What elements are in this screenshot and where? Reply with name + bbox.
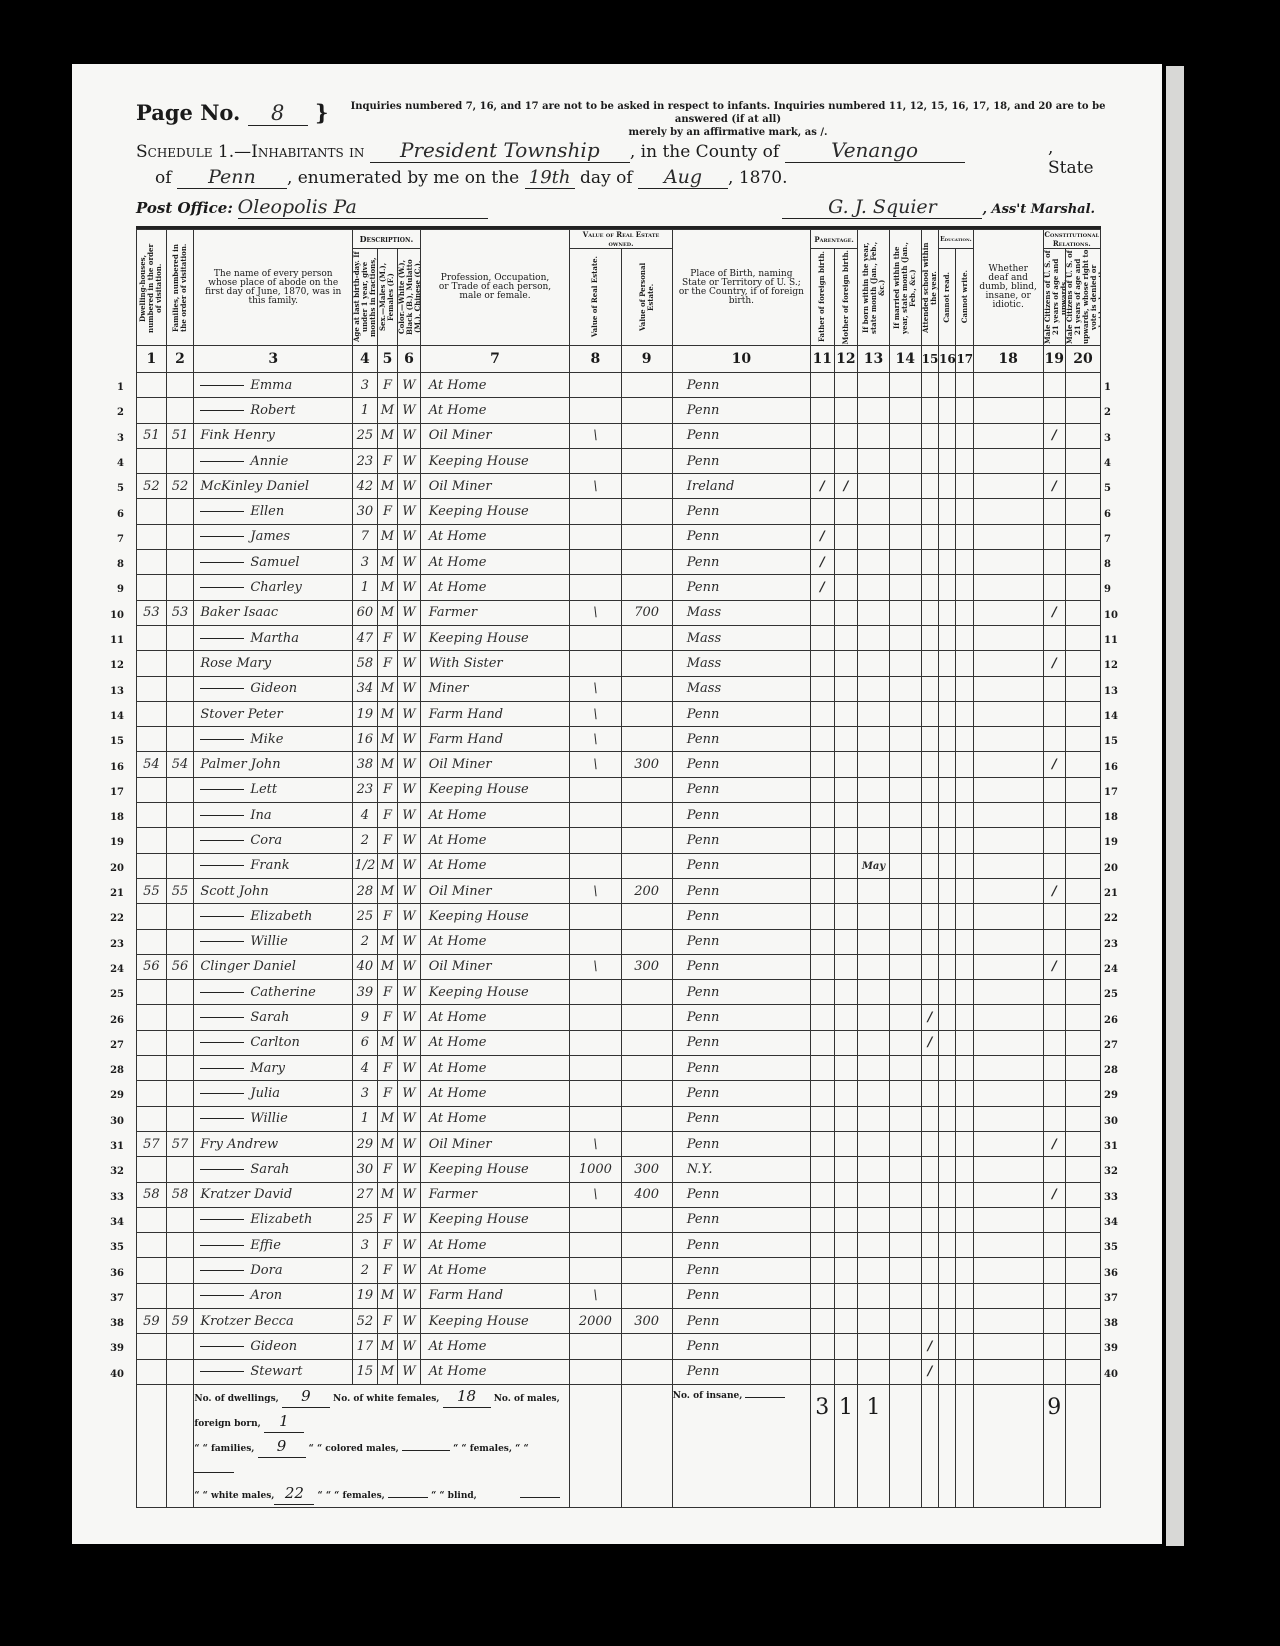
- page-number-value: 8: [248, 101, 308, 126]
- line-number-left: 36: [104, 1268, 124, 1279]
- ditto-dash: [200, 638, 244, 639]
- line-number-left: 31: [104, 1141, 124, 1152]
- male-citizen-mark: [1043, 373, 1066, 398]
- male-citizen-mark: /: [1043, 954, 1066, 979]
- male-citizen-mark: /: [1043, 752, 1066, 777]
- male-citizen-mark: /: [1043, 600, 1066, 625]
- month-field: Aug: [638, 166, 728, 189]
- birthplace: Penn: [672, 929, 810, 954]
- occupation: Farm Hand: [420, 701, 570, 726]
- birthplace: Penn: [672, 878, 810, 903]
- father-foreign-mark: [811, 777, 835, 802]
- disability: [973, 803, 1043, 828]
- line-number-left: 15: [104, 736, 124, 747]
- father-foreign-mark: [811, 499, 835, 524]
- col15-header: Attended school within the year.: [921, 230, 938, 346]
- vote-denied-mark: [1066, 625, 1101, 650]
- col11-header: Father of foreign birth.: [811, 249, 835, 346]
- personal-estate-value: [621, 524, 672, 549]
- disability: [973, 701, 1043, 726]
- personal-estate-value: [621, 575, 672, 600]
- sex: M: [377, 878, 397, 903]
- person-name: Ellen: [194, 499, 353, 524]
- father-foreign-mark: [811, 1106, 835, 1131]
- page-number: Page No. 8 }: [136, 100, 328, 126]
- cannot-write-mark: [956, 1233, 973, 1258]
- line-number-left: 17: [104, 787, 124, 798]
- cannot-write-mark: [956, 423, 973, 448]
- real-estate-value: [570, 499, 621, 524]
- line-number-left: 2: [104, 407, 124, 418]
- real-estate-value: [570, 524, 621, 549]
- married-within-year: [889, 1030, 921, 1055]
- vote-denied-mark: [1066, 575, 1101, 600]
- enumeration-line: of Penn, enumerated by me on the 19th da…: [155, 166, 788, 189]
- vote-denied-mark: [1066, 550, 1101, 575]
- color: W: [398, 904, 421, 929]
- ditto-dash: [200, 1270, 244, 1271]
- age: 27: [353, 1182, 378, 1207]
- cannot-write-mark: [956, 1106, 973, 1131]
- personal-estate-value: 300: [621, 1157, 672, 1182]
- instructions-note: Inquiries numbered 7, 16, and 17 are not…: [338, 100, 1118, 139]
- sex: M: [377, 701, 397, 726]
- blind-count: [520, 1497, 560, 1498]
- cannot-write-mark: [956, 1131, 973, 1156]
- sex: F: [377, 651, 397, 676]
- cannot-read-mark: [939, 423, 956, 448]
- marshal-signature: G. J. Squier: [782, 196, 982, 219]
- vote-denied-mark: [1066, 803, 1101, 828]
- person-name: Willie: [194, 929, 353, 954]
- birthplace: Penn: [672, 499, 810, 524]
- real-estate-value: [570, 1258, 621, 1283]
- male-citizen-mark: [1043, 727, 1066, 752]
- dwelling-number: [137, 904, 167, 929]
- table-row: Stewart15MWAt HomePenn/: [137, 1359, 1101, 1384]
- sex: M: [377, 1106, 397, 1131]
- birthplace: Penn: [672, 1081, 810, 1106]
- dwelling-number: [137, 1233, 167, 1258]
- attended-school-mark: [921, 1081, 938, 1106]
- attended-school-mark: [921, 701, 938, 726]
- attended-school-mark: [921, 474, 938, 499]
- real-estate-value: \: [570, 1131, 621, 1156]
- ditto-dash: [200, 739, 244, 740]
- real-estate-value: [570, 828, 621, 853]
- cannot-read-mark: [939, 727, 956, 752]
- personal-estate-value: [621, 803, 672, 828]
- color: W: [398, 676, 421, 701]
- dwelling-number: [137, 625, 167, 650]
- personal-estate-value: 700: [621, 600, 672, 625]
- birthplace: Mass: [672, 600, 810, 625]
- cannot-write-mark: [956, 980, 973, 1005]
- age: 3: [353, 550, 378, 575]
- father-foreign-mark: [811, 1005, 835, 1030]
- disability: [973, 625, 1043, 650]
- cannot-write-mark: [956, 1157, 973, 1182]
- occupation: At Home: [420, 929, 570, 954]
- dwelling-number: [137, 1056, 167, 1081]
- personal-estate-value: [621, 828, 672, 853]
- real-estate-value: [570, 448, 621, 473]
- township-field: President Township: [370, 138, 630, 163]
- real-estate-value: \: [570, 878, 621, 903]
- birthplace: Penn: [672, 1258, 810, 1283]
- birthplace: Penn: [672, 373, 810, 398]
- family-number: [166, 727, 194, 752]
- vote-denied-mark: [1066, 701, 1101, 726]
- male-citizen-mark: [1043, 625, 1066, 650]
- age: 39: [353, 980, 378, 1005]
- occupation: Miner: [420, 676, 570, 701]
- vote-denied-mark: [1066, 1207, 1101, 1232]
- family-number: [166, 980, 194, 1005]
- disability: [973, 1207, 1043, 1232]
- table-row: Martha47FWKeeping HouseMass: [137, 625, 1101, 650]
- line-number-left: 38: [104, 1318, 124, 1329]
- personal-estate-value: [621, 499, 672, 524]
- col14-header: If married within the year, state month …: [889, 230, 921, 346]
- parentage-group-header: Parentage.: [811, 230, 858, 249]
- col7-header: Profession, Occupation, or Trade of each…: [420, 230, 570, 346]
- table-row: Emma3FWAt HomePenn: [137, 373, 1101, 398]
- person-name: Gideon: [194, 676, 353, 701]
- born-within-year: [858, 954, 890, 979]
- attended-school-mark: [921, 448, 938, 473]
- line-number-right: 33: [1104, 1192, 1118, 1203]
- vote-denied-mark: [1066, 853, 1101, 878]
- family-number: [166, 701, 194, 726]
- born-within-year: [858, 448, 890, 473]
- col19-header: Male Citizens of U. S. of 21 years of ag…: [1043, 249, 1066, 346]
- cannot-read-mark: [939, 474, 956, 499]
- mother-foreign-mark: [834, 1334, 858, 1359]
- dwelling-number: [137, 1207, 167, 1232]
- line-number-right: 37: [1104, 1293, 1118, 1304]
- line-number-left: 34: [104, 1217, 124, 1228]
- married-within-year: [889, 929, 921, 954]
- color: W: [398, 1005, 421, 1030]
- father-foreign-mark: [811, 853, 835, 878]
- person-name: Fry Andrew: [194, 1131, 353, 1156]
- male-citizen-mark: [1043, 803, 1066, 828]
- ditto-dash: [200, 688, 244, 689]
- col2-header: Families, numbered in the order of visit…: [166, 230, 194, 346]
- table-row: Dora2FWAt HomePenn: [137, 1258, 1101, 1283]
- disability: [973, 904, 1043, 929]
- sex: M: [377, 954, 397, 979]
- cannot-read-mark: [939, 1005, 956, 1030]
- table-row: Rose Mary58FWWith SisterMass/: [137, 651, 1101, 676]
- disability: [973, 448, 1043, 473]
- vote-denied-mark: [1066, 904, 1101, 929]
- married-within-year: [889, 1258, 921, 1283]
- person-name: Stover Peter: [194, 701, 353, 726]
- personal-estate-value: [621, 625, 672, 650]
- married-within-year: [889, 676, 921, 701]
- real-estate-value: \: [570, 701, 621, 726]
- age: 19: [353, 701, 378, 726]
- cannot-read-mark: [939, 1207, 956, 1232]
- cannot-read-mark: [939, 524, 956, 549]
- ditto-dash: [200, 1169, 244, 1170]
- dwelling-number: 59: [137, 1308, 167, 1333]
- father-foreign-mark: [811, 1308, 835, 1333]
- dwelling-number: [137, 727, 167, 752]
- born-within-year: [858, 1207, 890, 1232]
- person-name: Aron: [194, 1283, 353, 1308]
- mother-foreign-mark: [834, 904, 858, 929]
- cannot-write-mark: [956, 1005, 973, 1030]
- married-within-year: [889, 651, 921, 676]
- occupation: Keeping House: [420, 499, 570, 524]
- attended-school-mark: [921, 954, 938, 979]
- personal-estate-value: [621, 1030, 672, 1055]
- line-number-right: 15: [1104, 736, 1118, 747]
- attended-school-mark: [921, 524, 938, 549]
- mother-foreign-mark: [834, 524, 858, 549]
- family-number: 57: [166, 1131, 194, 1156]
- personal-estate-value: [621, 777, 672, 802]
- born-within-year: [858, 600, 890, 625]
- father-foreign-mark: [811, 1056, 835, 1081]
- age: 28: [353, 878, 378, 903]
- line-number-left: 27: [104, 1040, 124, 1051]
- color: W: [398, 980, 421, 1005]
- disability: [973, 373, 1043, 398]
- attended-school-mark: [921, 1157, 938, 1182]
- occupation: Keeping House: [420, 980, 570, 1005]
- real-estate-value: [570, 1359, 621, 1384]
- attended-school-mark: [921, 929, 938, 954]
- attended-school-mark: /: [921, 1030, 938, 1055]
- person-name: Ina: [194, 803, 353, 828]
- dwelling-number: [137, 777, 167, 802]
- married-within-year: [889, 1359, 921, 1384]
- age: 9: [353, 1005, 378, 1030]
- male-citizen-mark: [1043, 550, 1066, 575]
- cannot-read-mark: [939, 803, 956, 828]
- color: W: [398, 752, 421, 777]
- sex: F: [377, 499, 397, 524]
- father-foreign-mark: /: [811, 524, 835, 549]
- cannot-read-mark: [939, 701, 956, 726]
- born-within-year: [858, 1283, 890, 1308]
- line-number-left: 19: [104, 837, 124, 848]
- born-within-year: [858, 550, 890, 575]
- family-number: 56: [166, 954, 194, 979]
- cannot-write-mark: [956, 398, 973, 423]
- dwelling-number: [137, 550, 167, 575]
- family-number: [166, 1056, 194, 1081]
- family-number: [166, 524, 194, 549]
- mother-foreign-mark: [834, 1081, 858, 1106]
- dwelling-number: [137, 1106, 167, 1131]
- attended-school-mark: [921, 803, 938, 828]
- sex: F: [377, 1233, 397, 1258]
- male-citizen-mark: [1043, 499, 1066, 524]
- sex: M: [377, 398, 397, 423]
- line-number-right: 18: [1104, 812, 1118, 823]
- color: W: [398, 625, 421, 650]
- line-number-left: 4: [104, 458, 124, 469]
- attended-school-mark: [921, 1258, 938, 1283]
- dwelling-number: [137, 1030, 167, 1055]
- color: W: [398, 524, 421, 549]
- attended-school-mark: [921, 1131, 938, 1156]
- dwelling-number: [137, 853, 167, 878]
- born-within-year: [858, 651, 890, 676]
- male-citizen-mark: [1043, 1233, 1066, 1258]
- cannot-write-mark: [956, 676, 973, 701]
- age: 58: [353, 651, 378, 676]
- birthplace: N.Y.: [672, 1157, 810, 1182]
- male-citizen-mark: [1043, 1106, 1066, 1131]
- age: 3: [353, 1233, 378, 1258]
- male-citizen-mark: [1043, 1005, 1066, 1030]
- real-estate-value: \: [570, 954, 621, 979]
- attended-school-mark: [921, 980, 938, 1005]
- sex: M: [377, 423, 397, 448]
- county-field: Venango: [785, 138, 965, 163]
- married-within-year: [889, 1207, 921, 1232]
- attended-school-mark: [921, 1056, 938, 1081]
- married-within-year: [889, 954, 921, 979]
- cannot-write-mark: [956, 1359, 973, 1384]
- family-number: [166, 1233, 194, 1258]
- personal-estate-value: [621, 1106, 672, 1131]
- disability: [973, 1233, 1043, 1258]
- born-within-year: [858, 1182, 890, 1207]
- table-row: 5252McKinley Daniel42MWOil Miner\Ireland…: [137, 474, 1101, 499]
- birthplace: Penn: [672, 1233, 810, 1258]
- age: 25: [353, 904, 378, 929]
- birthplace: Mass: [672, 676, 810, 701]
- married-within-year: [889, 1056, 921, 1081]
- real-estate-value: [570, 980, 621, 1005]
- disability: [973, 499, 1043, 524]
- families-count: 9: [258, 1435, 306, 1458]
- line-number-right: 26: [1104, 1015, 1118, 1026]
- personal-estate-value: [621, 1056, 672, 1081]
- cannot-write-mark: [956, 373, 973, 398]
- disability: [973, 980, 1043, 1005]
- occupation: Oil Miner: [420, 954, 570, 979]
- born-within-year: [858, 1308, 890, 1333]
- mother-foreign-mark: [834, 423, 858, 448]
- color: W: [398, 1334, 421, 1359]
- line-number-right: 29: [1104, 1090, 1118, 1101]
- family-number: [166, 1157, 194, 1182]
- vote-denied-mark: [1066, 1359, 1101, 1384]
- person-name: Kratzer David: [194, 1182, 353, 1207]
- cannot-read-mark: [939, 398, 956, 423]
- disability: [973, 1081, 1043, 1106]
- vote-denied-mark: [1066, 878, 1101, 903]
- table-row: Gideon34MWMiner\Mass: [137, 676, 1101, 701]
- person-name: Krotzer Becca: [194, 1308, 353, 1333]
- birthplace: Penn: [672, 1106, 810, 1131]
- cannot-read-mark: [939, 550, 956, 575]
- line-number-left: 29: [104, 1090, 124, 1101]
- cannot-read-mark: [939, 904, 956, 929]
- occupation: Keeping House: [420, 1207, 570, 1232]
- dwelling-number: [137, 701, 167, 726]
- married-within-year: [889, 980, 921, 1005]
- cannot-write-mark: [956, 727, 973, 752]
- person-name: Emma: [194, 373, 353, 398]
- occupation: At Home: [420, 1081, 570, 1106]
- table-row: 5454Palmer John38MWOil Miner\300Penn/: [137, 752, 1101, 777]
- disability: [973, 828, 1043, 853]
- disability: [973, 1334, 1043, 1359]
- vote-denied-mark: [1066, 980, 1101, 1005]
- married-within-year: [889, 1157, 921, 1182]
- table-row: Mary4FWAt HomePenn: [137, 1056, 1101, 1081]
- line-number-left: 13: [104, 686, 124, 697]
- line-number-right: 9: [1104, 584, 1111, 595]
- line-number-right: 1: [1104, 382, 1111, 393]
- real-estate-value: [570, 1207, 621, 1232]
- person-name: Baker Isaac: [194, 600, 353, 625]
- line-number-right: 5: [1104, 483, 1111, 494]
- married-within-year: [889, 600, 921, 625]
- birthplace: Penn: [672, 980, 810, 1005]
- col12-header: Mother of foreign birth.: [834, 249, 858, 346]
- personal-estate-value: 400: [621, 1182, 672, 1207]
- cannot-read-mark: [939, 1131, 956, 1156]
- sex: M: [377, 676, 397, 701]
- col18-header: Whether deaf and dumb, blind, insane, or…: [973, 230, 1043, 346]
- occupation: At Home: [420, 1106, 570, 1131]
- married-within-year: [889, 373, 921, 398]
- cannot-write-mark: [956, 474, 973, 499]
- personal-estate-value: [621, 1233, 672, 1258]
- occupation: Oil Miner: [420, 878, 570, 903]
- census-table: Dwelling-houses, numbered in the order o…: [136, 229, 1101, 1508]
- birthplace: Penn: [672, 904, 810, 929]
- cannot-read-mark: [939, 878, 956, 903]
- age: 17: [353, 1334, 378, 1359]
- cannot-write-mark: [956, 448, 973, 473]
- line-number-right: 36: [1104, 1268, 1118, 1279]
- father-foreign-mark: [811, 828, 835, 853]
- col8-header: Value of Real Estate.: [570, 249, 621, 346]
- mother-foreign-mark: [834, 1182, 858, 1207]
- born-within-year: [858, 575, 890, 600]
- birthplace: Penn: [672, 954, 810, 979]
- cannot-write-mark: [956, 550, 973, 575]
- totals-row: No. of dwellings, 9 No. of white females…: [137, 1384, 1101, 1507]
- family-number: [166, 853, 194, 878]
- born-within-year: [858, 676, 890, 701]
- disability: [973, 550, 1043, 575]
- father-foreign-mark: [811, 878, 835, 903]
- sex: M: [377, 524, 397, 549]
- person-name: Sarah: [194, 1157, 353, 1182]
- vote-denied-mark: [1066, 423, 1101, 448]
- occupation: Farmer: [420, 600, 570, 625]
- occupation: Farm Hand: [420, 1283, 570, 1308]
- table-row: Ina4FWAt HomePenn: [137, 803, 1101, 828]
- disability: [973, 1030, 1043, 1055]
- page-edge: [1166, 66, 1184, 1546]
- person-name: Sarah: [194, 1005, 353, 1030]
- line-number-left: 30: [104, 1116, 124, 1127]
- cannot-read-mark: [939, 1233, 956, 1258]
